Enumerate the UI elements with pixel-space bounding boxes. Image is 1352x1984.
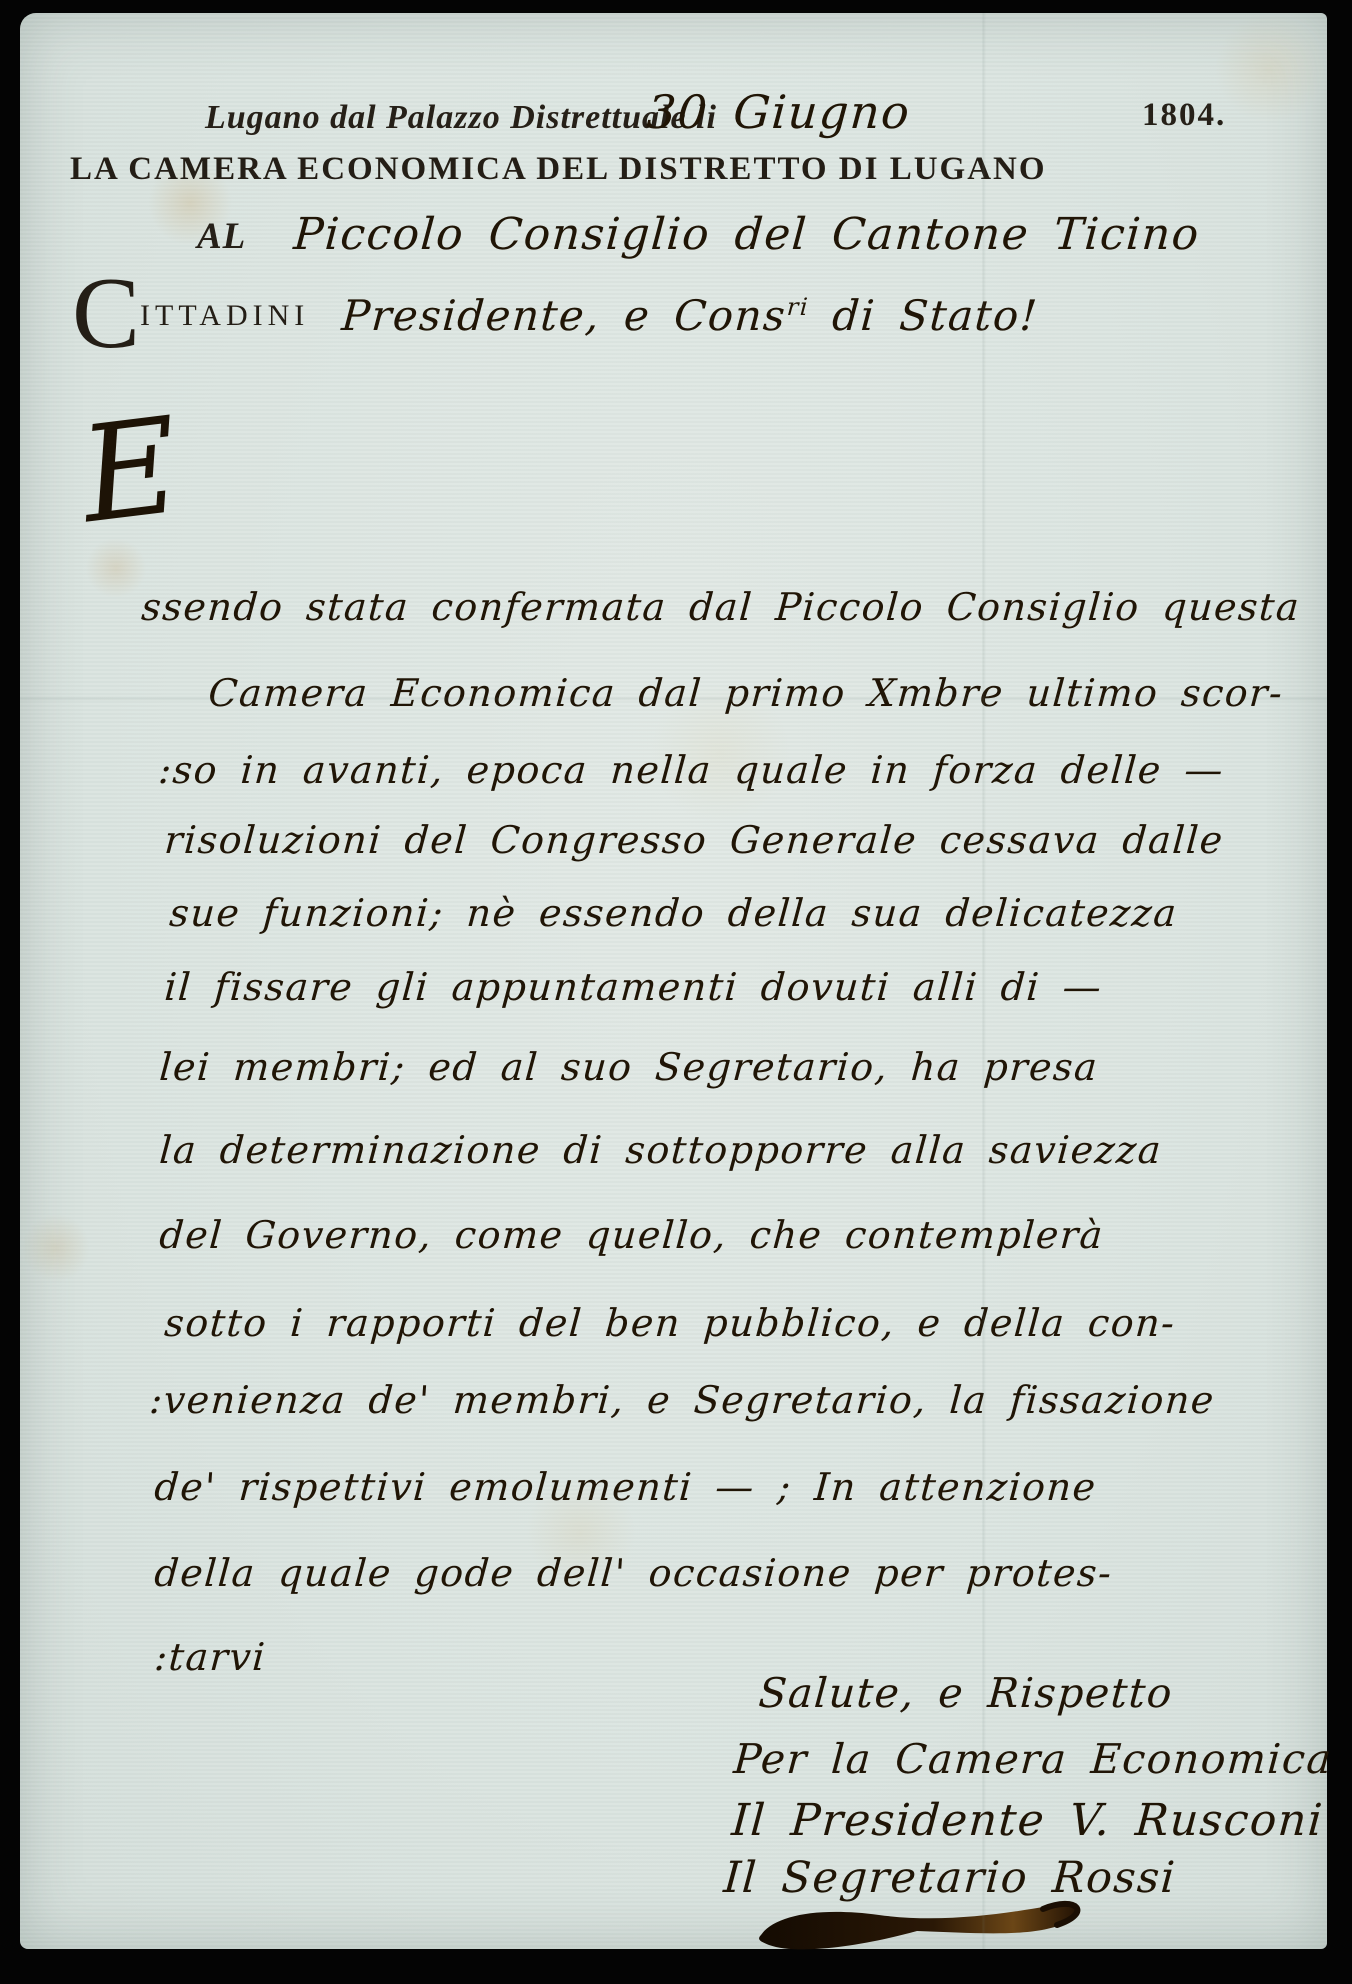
addressee-handwritten: Piccolo Consiglio del Cantone Ticino: [292, 209, 1202, 260]
body-line-8: la determinazione di sottopporre alla sa…: [158, 1128, 1164, 1172]
salutation-handwritten-pre: Presidente, e Cons: [340, 291, 788, 340]
body-line-12: de' rispettivi emolumenti — ; In attenzi…: [153, 1465, 1098, 1509]
salutation-handwritten: Presidente, e Consri di Stato!: [340, 291, 1040, 340]
salutation-dropcap: C: [72, 257, 140, 370]
body-line-11: :venienza de' membri, e Segretario, la f…: [148, 1378, 1216, 1422]
body-line-1: ssendo stata confermata dal Piccolo Cons…: [140, 585, 1302, 629]
dateline-handwritten-date: 30 Giugno: [645, 85, 912, 139]
dateline-year: 1804.: [1142, 97, 1226, 134]
closing-on-behalf: Per la Camera Economica: [732, 1735, 1334, 1783]
body-line-7: lei membri; ed al suo Segretario, ha pre…: [158, 1045, 1100, 1089]
body-line-9: del Governo, come quello, che contempler…: [158, 1213, 1105, 1257]
body-line-10: sotto i rapporti del ben pubblico, e del…: [163, 1301, 1177, 1345]
body-line-3: :so in avanti, epoca nella quale in forz…: [157, 748, 1226, 792]
body-initial-flourish: E: [74, 400, 186, 543]
body-line-13: della quale gode dell' occasione per pro…: [153, 1551, 1114, 1595]
salutation-handwritten-post: di Stato!: [807, 291, 1040, 340]
body-line-2: Camera Economica dal primo Xmbre ultimo …: [207, 671, 1285, 715]
closing-salute: Salute, e Rispetto: [757, 1669, 1175, 1717]
dateline-printed: Lugano dal Palazzo Distrettuale li: [205, 99, 717, 137]
body-line-6: il fissare gli appuntamenti dovuti alli …: [163, 965, 1104, 1009]
salutation-printed: CITTADINI: [72, 275, 309, 353]
salutation-smallcaps: ITTADINI: [140, 299, 309, 332]
scanned-letter-page: Lugano dal Palazzo Distrettuale li 30 Gi…: [0, 0, 1352, 1984]
signature-president: Il Presidente V. Rusconi: [730, 1795, 1325, 1846]
ink-smudge-flourish: [755, 1889, 1095, 1963]
paper-sheet: Lugano dal Palazzo Distrettuale li 30 Gi…: [20, 13, 1327, 1949]
salutation-handwritten-superscript: ri: [786, 293, 810, 321]
letterhead-title: LA CAMERA ECONOMICA DEL DISTRETTO DI LUG…: [70, 151, 1047, 188]
body-line-4: risoluzioni del Congresso Generale cessa…: [163, 818, 1225, 862]
body-line-5: sue funzioni; nè essendo della sua delic…: [168, 891, 1179, 935]
addressee-printed-al: AL: [197, 215, 246, 258]
body-line-14: :tarvi: [153, 1635, 268, 1679]
